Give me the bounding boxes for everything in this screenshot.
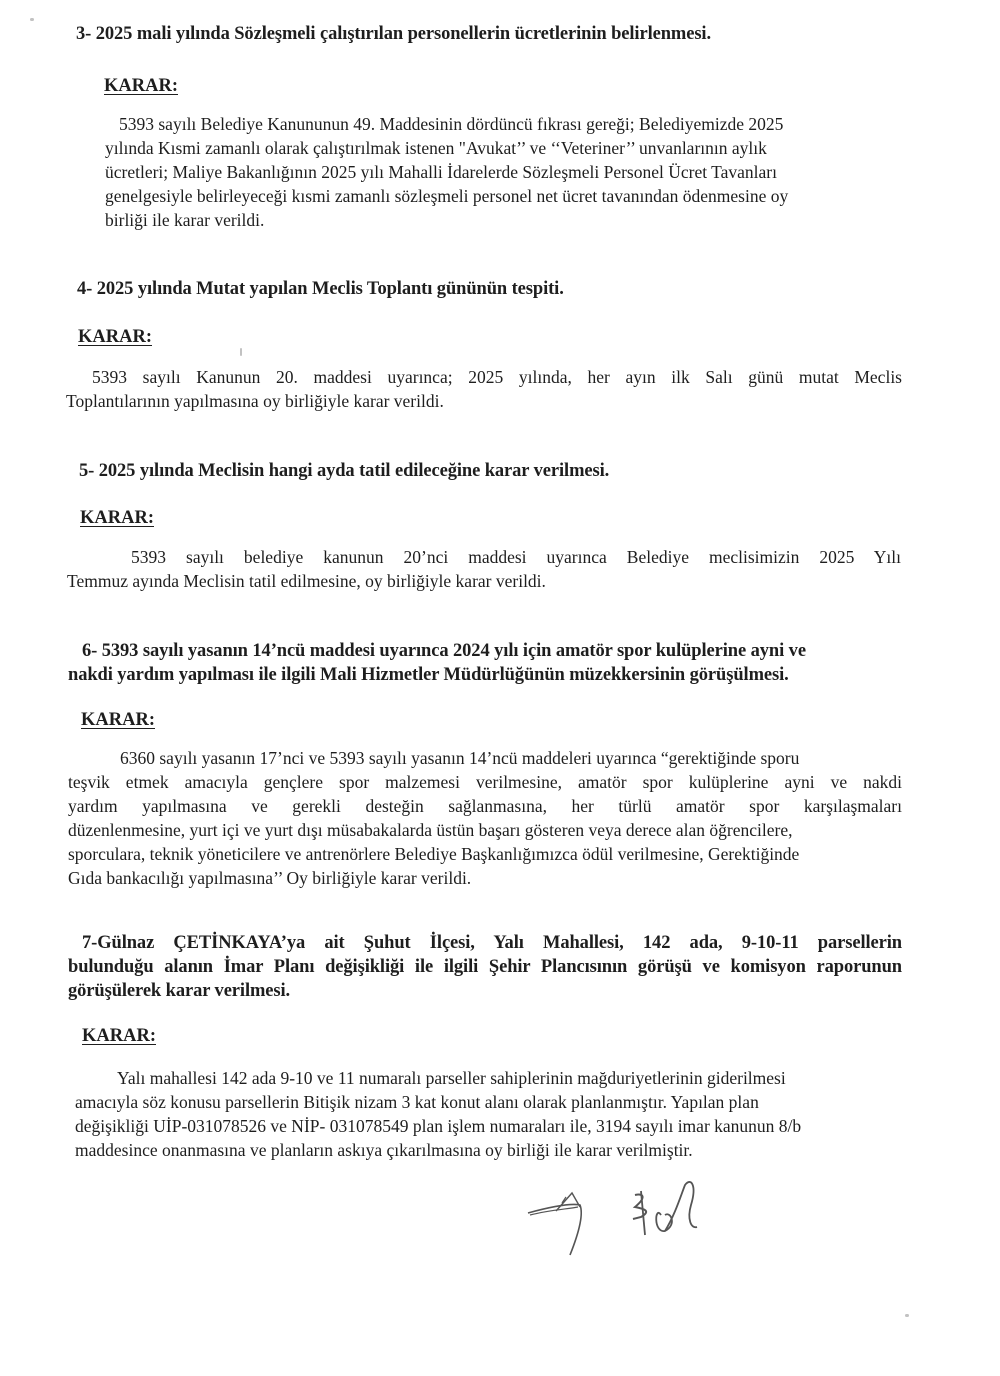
item-3-decision-text: 5393 sayılı Belediye Kanununun 49. Madde… <box>105 112 870 232</box>
item-5-karar-label: KARAR: <box>80 507 154 529</box>
scan-speck <box>240 348 242 356</box>
item-7-decision-text: Yalı mahallesi 142 ada 9-10 ve 11 numara… <box>75 1066 885 1162</box>
document-page: 3- 2025 mali yılında Sözleşmeli çalıştır… <box>0 0 1000 1376</box>
item-5-heading: 5- 2025 yılında Meclisin hangi ayda tati… <box>79 459 609 483</box>
scan-speck <box>30 18 34 21</box>
scan-speck <box>905 1314 909 1317</box>
item-3-heading: 3- 2025 mali yılında Sözleşmeli çalıştır… <box>76 22 711 46</box>
item-4-decision-text: 5393 sayılı Kanunun 20. maddesi uyarınca… <box>66 365 902 413</box>
item-6-decision-text: 6360 sayılı yasanın 17’nci ve 5393 sayıl… <box>68 746 902 890</box>
item-7-heading: 7-Gülnaz ÇETİNKAYA’ya ait Şuhut İlçesi, … <box>68 931 902 1003</box>
item-4-heading: 4- 2025 yılında Mutat yapılan Meclis Top… <box>77 277 564 301</box>
item-7-karar-label: KARAR: <box>82 1025 156 1047</box>
item-4-karar-label: KARAR: <box>78 326 152 348</box>
item-3-karar-label: KARAR: <box>104 75 178 97</box>
signature-2-icon <box>625 1175 715 1255</box>
item-6-heading: 6- 5393 sayılı yasanın 14’ncü maddesi uy… <box>68 639 806 687</box>
item-6-karar-label: KARAR: <box>81 709 155 731</box>
item-5-decision-text: 5393 sayılı belediye kanunun 20’nci madd… <box>67 545 901 593</box>
signature-1-icon <box>510 1185 600 1265</box>
